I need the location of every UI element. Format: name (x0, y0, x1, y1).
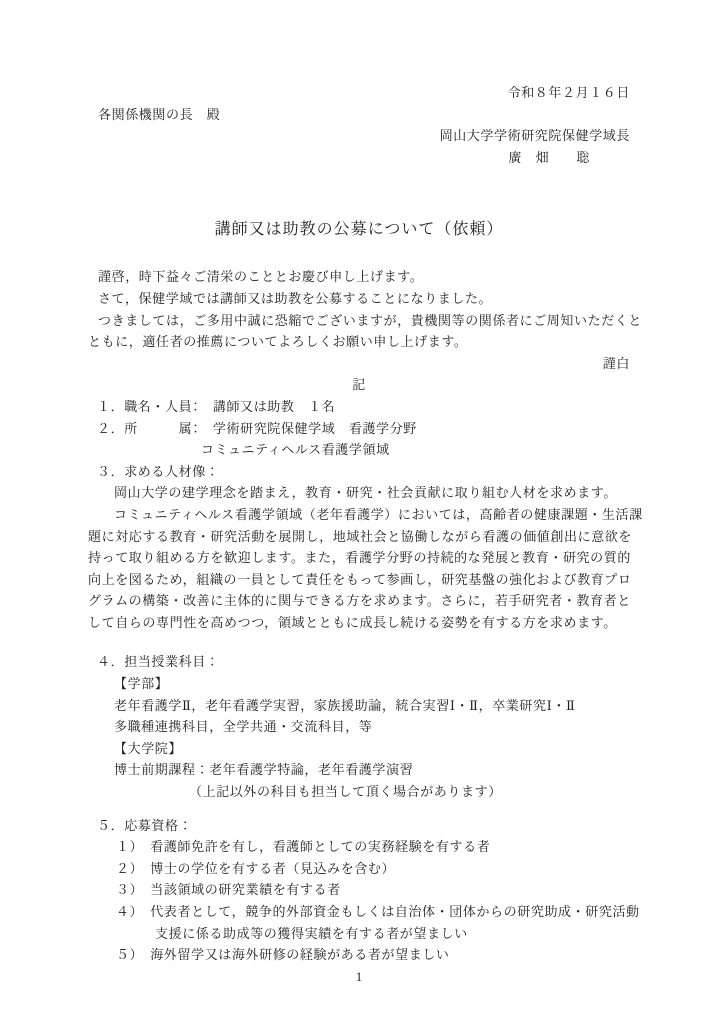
document-title: 講師又は助教の公募について（依頼） (88, 218, 630, 242)
body-line: ３．求める人材像： (88, 461, 630, 483)
body-line: 【大学院】 (88, 738, 630, 760)
greeting-line: ともに，適任者の推薦についてよろしくお願い申し上げます。 (88, 331, 630, 353)
body-section: １．職名・人員： 講師又は助教 １名２．所 属： 学術研究院保健学域 看護学分野… (88, 396, 630, 966)
body-line: ４） 代表者として，競争的外部資金もしくは自治体・団体からの研究助成・研究活動 (88, 901, 630, 923)
body-line: 持って取り組める方を歓迎します。また，看護学分野の持続的な発展と教育・研究の質的 (88, 547, 630, 569)
document-page: 令和８年２月１６日 各関係機関の長 殿 岡山大学学術研究院保健学域長 廣 畑 聡… (0, 0, 724, 1024)
body-line: して自らの専門性を高めつつ，領域とともに成長し続ける姿勢を有する方を求めます。 (88, 612, 630, 634)
greeting-line: 謹啓，時下益々ご清栄のこととお慶び申し上げます。 (88, 266, 630, 288)
body-line: ３） 当該領域の研究業績を有する者 (88, 879, 630, 901)
body-line: 老年看護学Ⅱ，老年看護学実習，家族援助論，統合実習Ⅰ・Ⅱ，卒業研究Ⅰ・Ⅱ (88, 695, 630, 717)
body-line: 向上を図るため，組織の一員として責任をもって参画し，研究基盤の強化および教育プロ (88, 569, 630, 591)
greeting-line: さて，保健学域では講師又は助教を公募することになりました。 (88, 288, 630, 310)
body-line: （上記以外の科目も担当して頂く場合があります） (88, 781, 630, 803)
record-marker: 記 (88, 374, 630, 396)
page-number: 1 (88, 966, 630, 988)
body-line: ２．所 属： 学術研究院保健学域 看護学分野 (88, 418, 630, 440)
sender-name-line: 廣 畑 聡 (88, 147, 630, 169)
body-line: ２） 博士の学位を有する者（見込みを含む） (88, 858, 630, 880)
body-line: 多職種連携科目，全学共通・交流科目，等 (88, 716, 630, 738)
body-line: １） 看護師免許を有し，看護師としての実務経験を有する者 (88, 836, 630, 858)
body-line: 【学部】 (88, 673, 630, 695)
body-line: コミュニティヘルス看護学領域（老年看護学）においては，高齢者の健康課題・生活課 (88, 504, 630, 526)
blank-spacer (88, 633, 630, 651)
sender-title-line: 岡山大学学術研究院保健学域長 (88, 125, 630, 147)
body-line: ５） 海外留学又は海外研修の経験がある者が望ましい (88, 944, 630, 966)
document-date: 令和８年２月１６日 (88, 82, 630, 104)
recipient-line: 各関係機関の長 殿 (88, 104, 630, 126)
body-line: １．職名・人員： 講師又は助教 １名 (88, 396, 630, 418)
body-line: 岡山大学の建学理念を踏まえ，教育・研究・社会貢献に取り組む人材を求めます。 (88, 482, 630, 504)
body-line: 博士前期課程：老年看護学特論，老年看護学演習 (88, 759, 630, 781)
body-line: ５．応募資格： (88, 815, 630, 837)
body-line: 支援に係る助成等の獲得実績を有する者が望ましい (88, 923, 630, 945)
blank-spacer (88, 803, 630, 815)
body-line: ４．担当授業科目： (88, 651, 630, 673)
body-line: グラムの構築・改善に主体的に関与できる方を求めます。さらに，若手研究者・教育者と (88, 590, 630, 612)
greeting-line: つきましては，ご多用中誠に恐縮でございますが，貴機関等の関係者にご周知いただくと (88, 310, 630, 332)
body-line: 題に対応する教育・研究活動を展開し，地域社会と協働しながら看護の価値創出に意欲を (88, 526, 630, 548)
greeting-paragraph: 謹啓，時下益々ご清栄のこととお慶び申し上げます。さて，保健学域では講師又は助教を… (88, 266, 630, 352)
closing-word: 謹白 (88, 353, 630, 375)
body-line: コミュニティヘルス看護学領域 (88, 439, 630, 461)
